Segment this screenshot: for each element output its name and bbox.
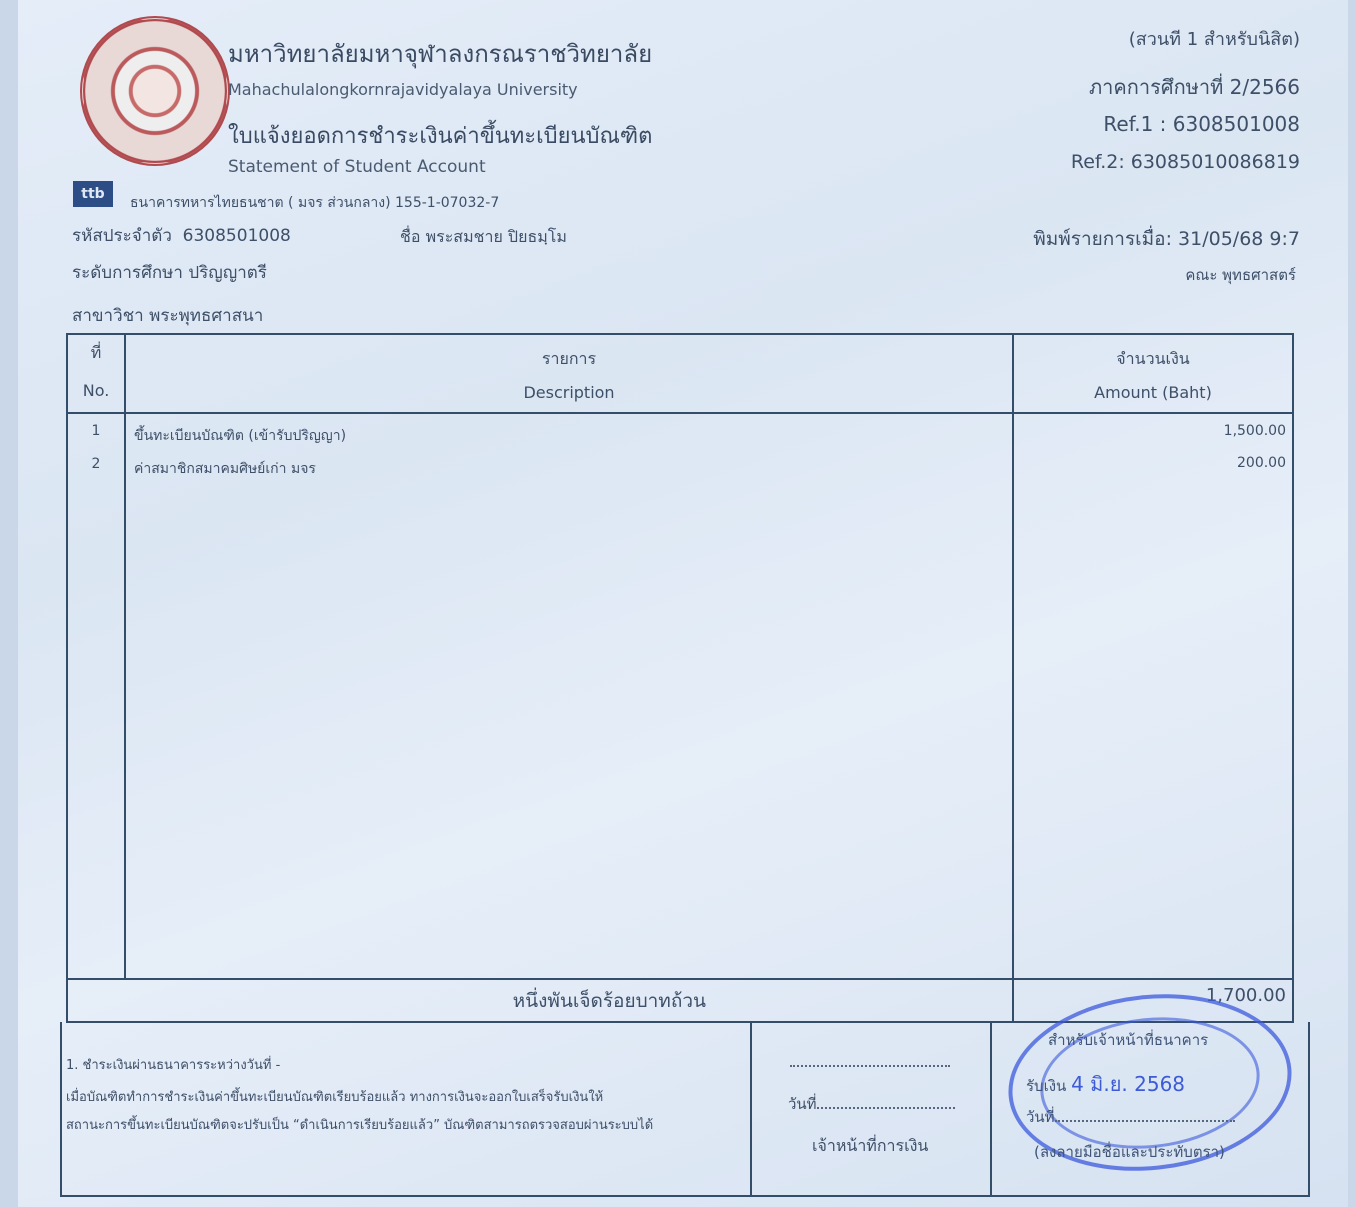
- payment-note-3: สถานะการขึ้นทะเบียนบัณฑิตจะปรับเป็น “ดำเ…: [66, 1114, 653, 1135]
- row-description: ขึ้นทะเบียนบัณฑิต (เข้ารับปริญญา): [134, 425, 346, 447]
- received-date: รับเงิน 4 มิ.ย. 2568: [1026, 1068, 1185, 1100]
- education-level: ระดับการศึกษา ปริญญาตรี: [72, 259, 267, 286]
- bank-date: วันที่: [1026, 1105, 1235, 1129]
- student-name: ชื่อ พระสมชาย ปิยธมฺโม: [400, 225, 567, 250]
- header-amount-th: จำนวนเงิน: [1014, 347, 1292, 372]
- bank-logo-icon: ttb: [73, 181, 113, 207]
- charges-table: ที่ No. รายการ Description จำนวนเงิน Amo…: [66, 333, 1294, 1023]
- stamp-date: 4 มิ.ย. 2568: [1071, 1072, 1185, 1096]
- signature-instruction: (ลงลายมือชื่อและประทับตรา): [1034, 1140, 1225, 1164]
- bank-officer-label: สำหรับเจ้าหน้าที่ธนาคาร: [1048, 1028, 1208, 1052]
- major-label: สาขาวิชา: [72, 306, 144, 326]
- officer-date: วันที่: [788, 1092, 955, 1116]
- divider: [68, 412, 1292, 414]
- divider: [750, 1022, 752, 1195]
- student-id-value: 6308501008: [183, 226, 291, 246]
- university-name-en: Mahachulalongkornrajavidyalaya Universit…: [228, 80, 578, 99]
- row-no: 2: [68, 456, 124, 472]
- header-no-th: ที่: [68, 341, 124, 366]
- header-no-en: No.: [68, 381, 124, 400]
- printed-at: พิมพ์รายการเมื่อ: 31/05/68 9:7: [1033, 224, 1300, 254]
- copy-label: (สวนที 1 สำหรับนิสิต): [1129, 24, 1300, 53]
- education-level-label: ระดับการศึกษา: [72, 263, 183, 283]
- student-name-value: พระสมชาย ปิยธมฺโม: [426, 227, 567, 246]
- major-value: พระพุทธศาสนา: [149, 306, 263, 326]
- row-no: 1: [68, 423, 124, 439]
- student-id-label: รหัสประจำตัว: [72, 226, 172, 246]
- payment-note-2: เมื่อบัณฑิตทำการชำระเงินค่าขึ้นทะเบียนบั…: [66, 1086, 603, 1107]
- academic-term: ภาคการศึกษาที่ 2/2566: [1089, 71, 1300, 103]
- finance-officer-label: เจ้าหน้าที่การเงิน: [812, 1134, 928, 1159]
- divider: [68, 978, 1292, 980]
- faculty: คณะ พุทธศาสตร์: [1185, 263, 1296, 287]
- payment-note-1: 1. ชำระเงินผ่านธนาคารระหว่างวันที่ -: [66, 1054, 280, 1075]
- bank-date-label: วันที่: [1026, 1108, 1055, 1126]
- reference-2: Ref.2: 63085010086819: [1071, 151, 1300, 173]
- statement-title-en: Statement of Student Account: [228, 157, 486, 177]
- officer-date-label: วันที่: [788, 1095, 817, 1113]
- major: สาขาวิชา พระพุทธศาสนา: [72, 302, 263, 329]
- divider: [990, 1022, 992, 1195]
- row-amount: 200.00: [1237, 455, 1286, 471]
- education-level-value: ปริญญาตรี: [188, 263, 267, 283]
- header-amount-en: Amount (Baht): [1014, 383, 1292, 402]
- student-id: รหัสประจำตัว 6308501008: [72, 222, 291, 249]
- statement-title-th: ใบแจ้งยอดการชำระเงินค่าขึ้นทะเบียนบัณฑิต: [228, 118, 652, 153]
- officer-signature-line: [790, 1056, 950, 1071]
- divider: [1012, 335, 1014, 1023]
- row-amount: 1,500.00: [1224, 423, 1286, 439]
- printed-at-value: 31/05/68 9:7: [1178, 228, 1300, 250]
- university-seal-logo: [80, 16, 230, 166]
- divider: [124, 335, 126, 980]
- printed-at-label: พิมพ์รายการเมื่อ:: [1033, 228, 1172, 250]
- header-desc-th: รายการ: [126, 347, 1012, 372]
- row-description: ค่าสมาชิกสมาคมศิษย์เก่า มจร: [134, 458, 316, 480]
- student-name-label: ชื่อ: [400, 227, 420, 246]
- header-desc-en: Description: [126, 383, 1012, 402]
- total-in-words: หนึ่งพันเจ็ดร้อยบาทถ้วน: [68, 986, 1006, 1016]
- reference-1: Ref.1 : 6308501008: [1103, 112, 1300, 136]
- university-name-th: มหาวิทยาลัยมหาจุฬาลงกรณราชวิทยาลัย: [228, 34, 652, 73]
- received-label: รับเงิน: [1026, 1077, 1066, 1095]
- bank-account: ธนาคารทหารไทยธนชาต ( มจร ส่วนกลาง) 155-1…: [130, 192, 499, 214]
